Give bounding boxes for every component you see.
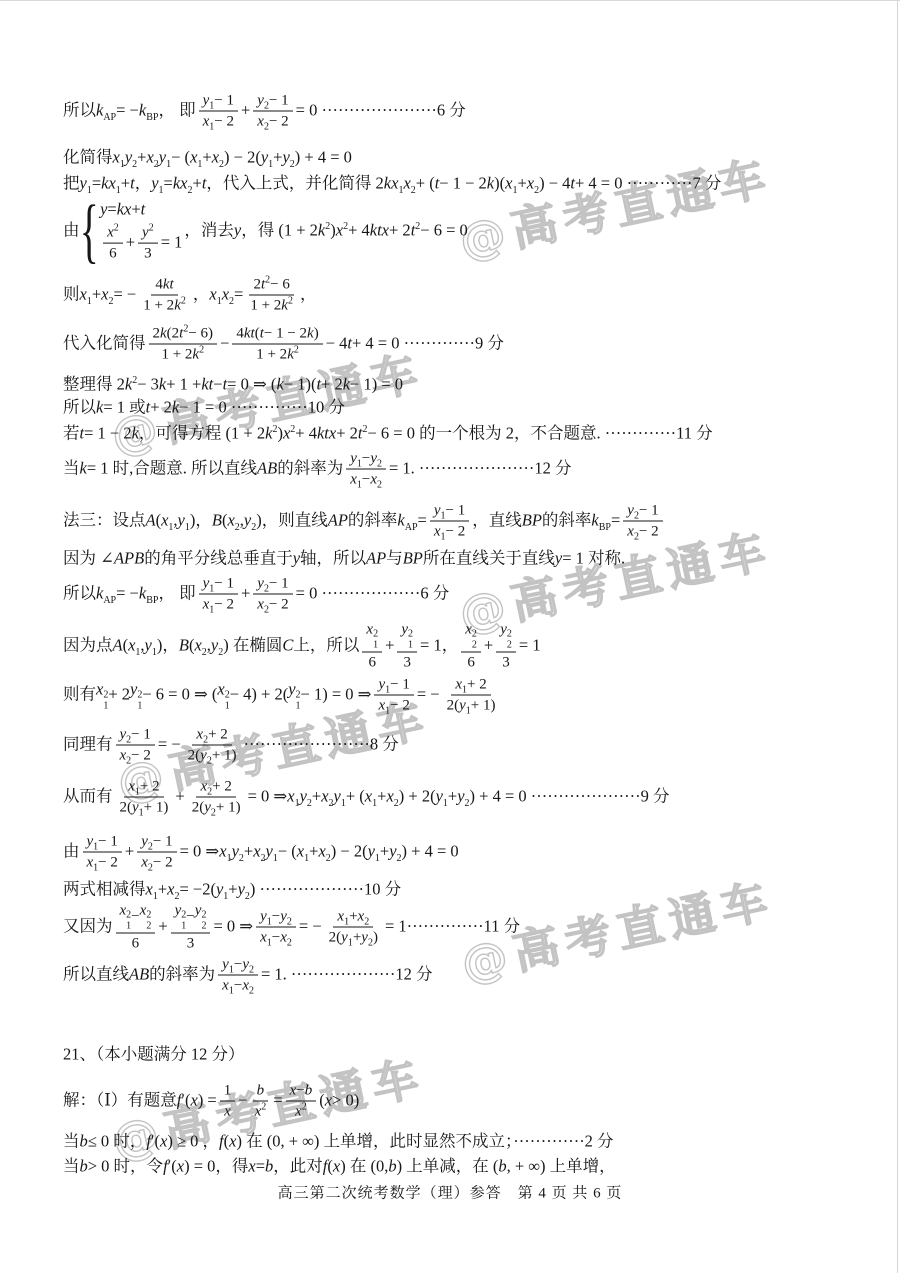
exam-answer-page: 所以kAP = −kBP， 即 y1 − 1x1 − 2 + y2 − 1x2 … — [0, 0, 900, 1273]
line-simplify: 化简得 x1y2 + x2y1 − (x1 + x2) − 2(y1 + y2)… — [63, 148, 352, 169]
line-from-sum: 由 y1 − 1x1 − 2 + y2 − 1x2 − 2 = 0 ⇒ x1y2… — [63, 833, 459, 872]
watermark-gaokao-zhitongche: @高考直通车 — [453, 141, 778, 272]
line-rearrange: 整理得 2k2 − 3k + 1 + kt − t = 0 ⇒ (k − 1)(… — [63, 375, 403, 396]
line-substitute-simplify-9pts: 代入化简得 2k(2t2 − 6)1 + 2k2 − 4kt(t − 1 − 2… — [63, 325, 504, 364]
line-then-identity: 则有 x21 + 2y21 − 6 = 0 ⇒ (x21 − 4) + 2(y2… — [63, 676, 503, 715]
line-angle-bisector: 因为 ∠APB 的角平分线总垂直于 y 轴，所以 AP 与 BP 所在直线关于直… — [63, 549, 625, 570]
page-footer: 高三第二次统考数学（理）参答 第 4 页 共 6 页 — [0, 1182, 900, 1203]
line-substitute-7pts: 把 y1 = kx1 + t， y1 = kx2 + t，代入上式，并化简得 2… — [63, 174, 721, 195]
line-method3-setup: 法三：设点 A(x1, y1)， B(x2, y2)，则直线 AP 的斜率 kA… — [63, 502, 666, 541]
line-k1-slope-12pts: 当 k = 1 时,合题意. 所以直线 AB 的斜率为 y1 − y2x1 − … — [63, 450, 571, 489]
line-kap-kbp-6pts: 所以kAP = −kBP， 即 y1 − 1x1 − 2 + y2 − 1x2 … — [63, 92, 466, 131]
line-21-case-b-le-0: 当 b ≤ 0 时，f ′(x) ≥ 0 ，f (x) 在 (0, + ∞) 上… — [63, 1132, 614, 1153]
line-21-case-b-gt-0: 当 b > 0 时，令 f ′(x) = 0，得 x = b，此对 f (x) … — [63, 1157, 616, 1178]
line-k-or-t-10pts: 所以 k = 1 或 t + 2k − 1 = 0 ··············… — [63, 398, 345, 419]
line-system-eliminate: 由{y = kx + tx26 + y23 = 1，消去 y，得 (1 + 2k… — [63, 199, 468, 264]
line-kap-kbp-6pts-2: 所以kAP = −kBP， 即 y1 − 1x1 − 2 + y2 − 1x2 … — [63, 575, 449, 614]
line-also-11pts: 又因为 x21 − x226 + y21 − y223 = 0 ⇒ y1 − y… — [63, 902, 520, 953]
scan-edge-line — [897, 1, 898, 1273]
line-similarly-8pts: 同理有 y2 − 1x2 − 2 = −x2 + 22(y2 + 1)·····… — [63, 726, 399, 765]
line-subtract-10pts: 两式相减得 x1 + x2 = −2(y1 + y2) ············… — [63, 880, 401, 901]
line-on-ellipse: 因为点 A(x1, y1)， B(x2, y2) 在椭圆 C 上，所以 x216… — [63, 621, 541, 672]
line-slope-ab-12pts: 所以直线 AB 的斜率为 y1 − y2x1 − x2 = 1. ·······… — [63, 956, 432, 995]
line-21-derivative: 解：（Ⅰ）有题意 f ′(x) = 1x − bx2 = x − bx2(x >… — [63, 1082, 359, 1121]
system-brace: { — [79, 199, 98, 264]
line-therefore-9pts: 从而有 x1 + 22(y1 + 1) + x2 + 22(y2 + 1) = … — [63, 778, 670, 817]
line-vieta: 则 x1 + x2 = −4kt1 + 2k2， x1x2 = 2t2 − 61… — [63, 276, 316, 315]
line-reject-root-11pts: 若 t = 1 − 2k，可得方程 (1 + 2k2)x2 + 4ktx + 2… — [63, 424, 713, 445]
line-problem-21: 21、（本小题满分 12 分） — [63, 1045, 245, 1066]
